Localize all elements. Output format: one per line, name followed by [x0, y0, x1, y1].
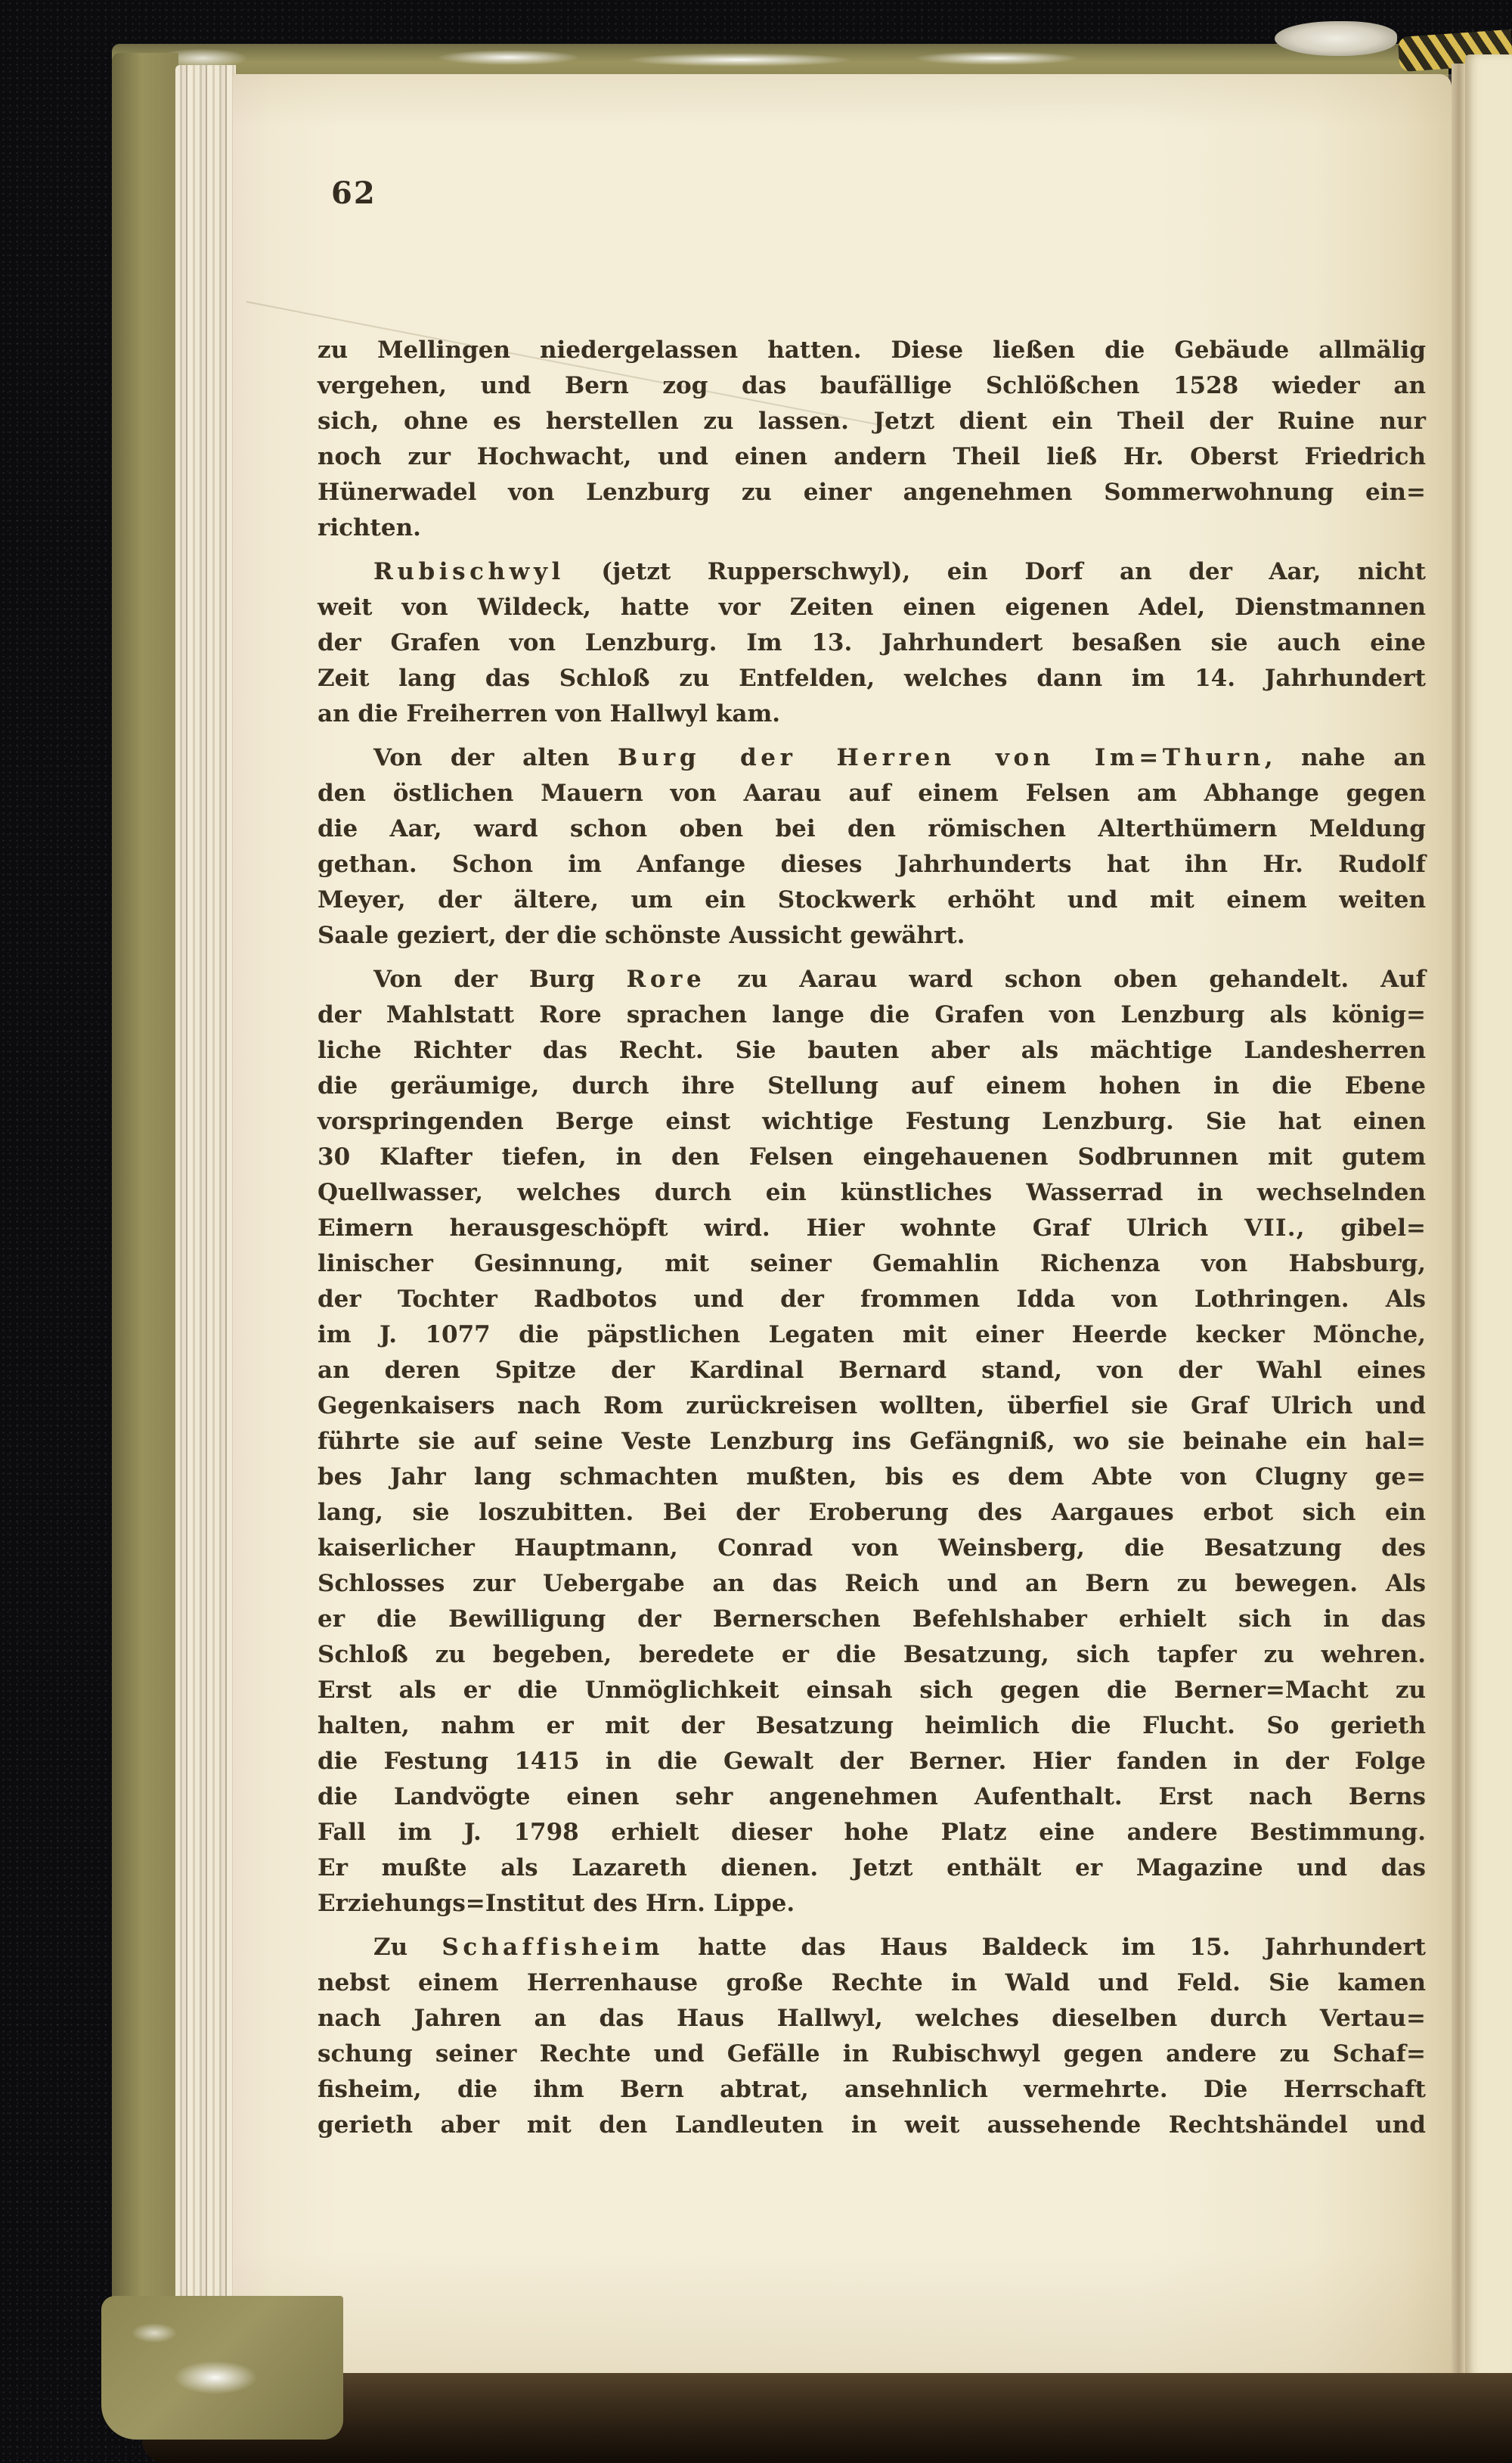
fraktur-text: Meyer, der ältere, um ein Stockwerk erhö… — [318, 886, 1426, 914]
fraktur-text: bes Jahr lang schmachten mußten, bis es … — [318, 1463, 1426, 1491]
glare-highlight — [626, 53, 853, 67]
fraktur-text: zu Mellingen niedergelassen hatten. Dies… — [318, 337, 1426, 364]
fraktur-text: Quellwasser, welches durch ein künstlich… — [318, 1179, 1426, 1206]
fraktur-text: Zeit lang das Schloß zu Entfelden, welch… — [318, 665, 1426, 692]
text-line: Erst als er die Unmöglichkeit einsah sic… — [318, 1673, 1426, 1708]
text-line: zu Mellingen niedergelassen hatten. Dies… — [318, 333, 1426, 368]
fraktur-text: die Aar, ward schon oben bei den römisch… — [318, 815, 1426, 842]
text-line: sich, ohne es herstellen zu lassen. Jetz… — [318, 404, 1426, 439]
fraktur-text: Erziehungs=Institut des Hrn. Lippe. — [318, 1890, 795, 1917]
text-line: Gegenkaisers nach Rom zurückreisen wollt… — [318, 1388, 1426, 1424]
fraktur-text: Schloß zu begeben, beredete er die Besat… — [318, 1641, 1426, 1668]
scan-background: { "scan": { "page_number": "62", "paragr… — [0, 0, 1512, 2463]
text-line: kaiserlicher Hauptmann, Conrad von Weins… — [318, 1531, 1426, 1566]
text-line: Von der alten Burg der Herren von Im=Thu… — [318, 740, 1426, 776]
fraktur-text: führte sie auf seine Veste Lenzburg ins … — [318, 1428, 1426, 1455]
fraktur-text: Gegenkaisers nach Rom zurückreisen wollt… — [318, 1392, 1426, 1419]
text-line: 30 Klafter tiefen, in den Felsen eingeha… — [318, 1140, 1426, 1175]
page-stack-edges — [175, 65, 236, 2393]
text-line: der Tochter Radbotos und der frommen Idd… — [318, 1282, 1426, 1317]
glare-highlight — [132, 2323, 177, 2343]
text-line: vorspringenden Berge einst wichtige Fest… — [318, 1104, 1426, 1140]
text-line: er die Bewilligung der Bernerschen Befeh… — [318, 1602, 1426, 1637]
text-line: halten, nahm er mit der Besatzung heimli… — [318, 1708, 1426, 1744]
fraktur-text: die Festung 1415 in die Gewalt der Berne… — [318, 1748, 1426, 1775]
antiqua-numeral: VII. — [1244, 1214, 1297, 1242]
fraktur-text: Erst als er die Unmöglichkeit einsah sic… — [318, 1677, 1426, 1704]
fraktur-text: lang, sie loszubitten. Bei der Eroberung… — [318, 1499, 1426, 1526]
book-page: 62 zu Mellingen niedergelassen hatten. D… — [233, 74, 1452, 2379]
glare-highlight — [913, 51, 1080, 65]
fraktur-text: fisheim, die ihm Bern abtrat, ansehnlich… — [318, 2076, 1426, 2103]
fraktur-text: linischer Gesinnung, mit seiner Gemahlin… — [318, 1250, 1426, 1277]
text-line: Fall im J. 1798 erhielt dieser hohe Plat… — [318, 1815, 1426, 1850]
fraktur-text: hatte das Haus Baldeck im 15. Jahrhunder… — [664, 1934, 1426, 1961]
fraktur-text: Zu — [373, 1934, 442, 1961]
fraktur-text: kaiserlicher Hauptmann, Conrad von Weins… — [318, 1534, 1426, 1562]
page-number: 62 — [331, 177, 376, 210]
fraktur-text: sich, ohne es herstellen zu lassen. Jetz… — [318, 408, 1426, 435]
text-line: fisheim, die ihm Bern abtrat, ansehnlich… — [318, 2072, 1426, 2108]
text-line: Er mußte als Lazareth dienen. Jetzt enth… — [318, 1850, 1426, 1886]
fraktur-text: im J. 1077 die päpstlichen Legaten mit e… — [318, 1321, 1426, 1348]
fraktur-text: 30 Klafter tiefen, in den Felsen eingeha… — [318, 1143, 1426, 1171]
text-line: der Mahlstatt Rore sprachen lange die Gr… — [318, 997, 1426, 1033]
fraktur-text: weit von Wildeck, hatte vor Zeiten einen… — [318, 594, 1426, 621]
text-line: die Aar, ward schon oben bei den römisch… — [318, 811, 1426, 847]
fraktur-text: , nahe an — [1265, 744, 1426, 771]
text-line: gerieth aber mit den Landleuten in weit … — [318, 2108, 1426, 2143]
fraktur-text: , gibel= — [1297, 1214, 1426, 1242]
text-line: Hünerwadel von Lenzburg zu einer angeneh… — [318, 475, 1426, 510]
text-line: den östlichen Mauern von Aarau auf einem… — [318, 776, 1426, 811]
paragraph: zu Mellingen niedergelassen hatten. Dies… — [318, 333, 1426, 546]
text-line: nebst einem Herrenhause große Rechte in … — [318, 1965, 1426, 2001]
book-cover-corner — [101, 2296, 343, 2440]
fraktur-text: der Tochter Radbotos und der frommen Idd… — [318, 1286, 1426, 1313]
text-line: schung seiner Rechte und Gefälle in Rubi… — [318, 2036, 1426, 2072]
text-line: Meyer, der ältere, um ein Stockwerk erhö… — [318, 883, 1426, 918]
cloth-fragment — [1275, 21, 1397, 56]
text-line: Erziehungs=Institut des Hrn. Lippe. — [318, 1886, 1426, 1922]
fraktur-text: der Mahlstatt Rore sprachen lange die Gr… — [318, 1001, 1426, 1028]
text-line: vergehen, und Bern zog das baufällige Sc… — [318, 368, 1426, 404]
text-line: lang, sie loszubitten. Bei der Eroberung… — [318, 1495, 1426, 1531]
fraktur-text: Von der alten — [373, 744, 618, 771]
paragraph: Von der alten Burg der Herren von Im=Thu… — [318, 740, 1426, 954]
fraktur-text: Hünerwadel von Lenzburg zu einer angeneh… — [318, 479, 1426, 506]
fraktur-text: gerieth aber mit den Landleuten in weit … — [318, 2111, 1426, 2139]
text-line: gethan. Schon im Anfange dieses Jahrhund… — [318, 847, 1426, 883]
fraktur-text: richten. — [318, 514, 421, 541]
fraktur-text: er die Bewilligung der Bernerschen Befeh… — [318, 1605, 1426, 1633]
fraktur-text: nach Jahren an das Haus Hallwyl, welches… — [318, 2005, 1426, 2032]
fraktur-text: an deren Spitze der Kardinal Bernard sta… — [318, 1357, 1426, 1384]
fraktur-text: der Grafen von Lenzburg. Im 13. Jahrhund… — [318, 629, 1426, 656]
fraktur-text: noch zur Hochwacht, und einen andern The… — [318, 443, 1426, 470]
text-line: im J. 1077 die päpstlichen Legaten mit e… — [318, 1317, 1426, 1353]
fraktur-text: halten, nahm er mit der Besatzung heimli… — [318, 1712, 1426, 1739]
fraktur-text: an die Freiherren von Hallwyl kam. — [318, 700, 780, 727]
text-line: Schlosses zur Uebergabe an das Reich und… — [318, 1566, 1426, 1602]
text-line: linischer Gesinnung, mit seiner Gemahlin… — [318, 1246, 1426, 1282]
text-line: Zeit lang das Schloß zu Entfelden, welch… — [318, 661, 1426, 696]
fraktur-text: gethan. Schon im Anfange dieses Jahrhund… — [318, 851, 1426, 878]
fraktur-text: Saale geziert, der die schönste Aussicht… — [318, 922, 965, 949]
fraktur-text: Er mußte als Lazareth dienen. Jetzt enth… — [318, 1854, 1426, 1881]
paragraph: Zu Schaffisheim hatte das Haus Baldeck i… — [318, 1930, 1426, 2143]
fraktur-text: nebst einem Herrenhause große Rechte in … — [318, 1969, 1426, 1996]
text-line: führte sie auf seine Veste Lenzburg ins … — [318, 1424, 1426, 1459]
book-cover-bottom-edge — [142, 2373, 1512, 2463]
text-line: Rubischwyl (jetzt Rupperschwyl), ein Dor… — [318, 554, 1426, 590]
letterspaced-text: Schaffisheim — [442, 1934, 664, 1961]
text-line: Quellwasser, welches durch ein künstlich… — [318, 1175, 1426, 1211]
text-line: an die Freiherren von Hallwyl kam. — [318, 696, 1426, 732]
text-line: Schloß zu begeben, beredete er die Besat… — [318, 1637, 1426, 1673]
fraktur-text: vorspringenden Berge einst wichtige Fest… — [318, 1108, 1426, 1135]
text-line: der Grafen von Lenzburg. Im 13. Jahrhund… — [318, 625, 1426, 661]
text-line: weit von Wildeck, hatte vor Zeiten einen… — [318, 590, 1426, 625]
fraktur-text: (jetzt Rupperschwyl), ein Dorf an der Aa… — [565, 558, 1426, 585]
paragraph: Von der Burg Rore zu Aarau ward schon ob… — [318, 962, 1426, 1922]
fraktur-text: Fall im J. 1798 erhielt dieser hohe Plat… — [318, 1819, 1426, 1846]
letterspaced-text: Rore — [627, 966, 706, 993]
fraktur-text: Von der Burg — [373, 966, 627, 993]
fraktur-text: den östlichen Mauern von Aarau auf einem… — [318, 780, 1426, 807]
text-line: noch zur Hochwacht, und einen andern The… — [318, 439, 1426, 475]
fraktur-text: die geräumige, durch ihre Stellung auf e… — [318, 1072, 1426, 1100]
text-line: nach Jahren an das Haus Hallwyl, welches… — [318, 2001, 1426, 2036]
fraktur-text: zu Aarau ward schon oben gehandelt. Auf — [705, 966, 1426, 993]
glare-highlight — [437, 50, 581, 65]
text-block: zu Mellingen niedergelassen hatten. Dies… — [318, 333, 1426, 2151]
facing-page-edge — [1465, 54, 1512, 2400]
text-line: liche Richter das Recht. Sie bauten aber… — [318, 1033, 1426, 1069]
gutter-fold — [1452, 64, 1465, 2390]
paragraph: Rubischwyl (jetzt Rupperschwyl), ein Dor… — [318, 554, 1426, 732]
text-line: Von der Burg Rore zu Aarau ward schon ob… — [318, 962, 1426, 997]
text-line: Saale geziert, der die schönste Aussicht… — [318, 918, 1426, 954]
book-cover-left-edge — [112, 53, 178, 2390]
text-line: richten. — [318, 510, 1426, 546]
fraktur-text: Schlosses zur Uebergabe an das Reich und… — [318, 1570, 1426, 1597]
fraktur-text: vergehen, und Bern zog das baufällige Sc… — [318, 372, 1426, 399]
fraktur-text: schung seiner Rechte und Gefälle in Rubi… — [318, 2040, 1426, 2067]
text-line: bes Jahr lang schmachten mußten, bis es … — [318, 1459, 1426, 1495]
text-line: Eimern herausgeschöpft wird. Hier wohnte… — [318, 1211, 1426, 1246]
fraktur-text: liche Richter das Recht. Sie bauten aber… — [318, 1037, 1426, 1064]
fraktur-text: die Landvögte einen sehr angenehmen Aufe… — [318, 1783, 1426, 1810]
text-line: die Festung 1415 in die Gewalt der Berne… — [318, 1744, 1426, 1779]
letterspaced-text: Rubischwyl — [373, 558, 565, 585]
text-line: die Landvögte einen sehr angenehmen Aufe… — [318, 1779, 1426, 1815]
text-line: an deren Spitze der Kardinal Bernard sta… — [318, 1353, 1426, 1388]
text-line: die geräumige, durch ihre Stellung auf e… — [318, 1069, 1426, 1104]
glare-highlight — [174, 2361, 257, 2394]
letterspaced-text: Burg der Herren von Im=Thurn — [618, 744, 1265, 771]
text-line: Zu Schaffisheim hatte das Haus Baldeck i… — [318, 1930, 1426, 1965]
fraktur-text: Eimern herausgeschöpft wird. Hier wohnte… — [318, 1214, 1244, 1242]
